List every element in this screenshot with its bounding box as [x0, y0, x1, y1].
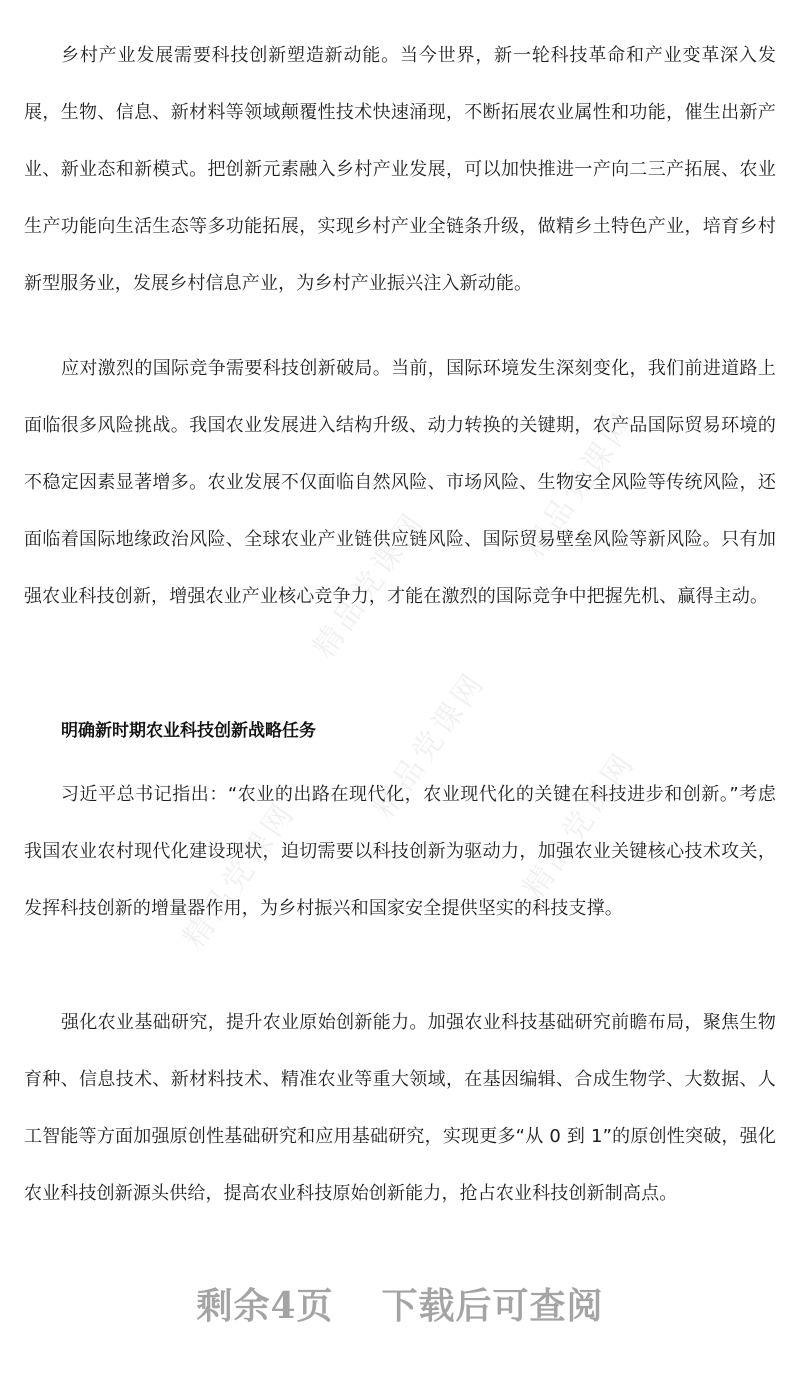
- paragraph-international-competition: 应对激烈的国际竞争需要科技创新破局。当前，国际环境发生深刻变化，我们前进道路上面…: [24, 340, 776, 625]
- paragraph-basic-research: 强化农业基础研究，提升农业原始创新能力。加强农业科技基础研究前瞻布局，聚焦生物育…: [24, 994, 776, 1222]
- remaining-pages-label: 剩余4页: [196, 1278, 333, 1329]
- download-to-view-label: 下载后可查阅: [382, 1278, 604, 1329]
- download-prompt-banner[interactable]: 剩余4页下载后可查阅: [0, 1278, 800, 1329]
- paragraph-xi-quote: 习近平总书记指出：“农业的出路在现代化，农业现代化的关键在科技进步和创新。”考虑…: [24, 766, 776, 937]
- section-heading: 明确新时期农业科技创新战略任务: [61, 719, 316, 743]
- paragraph-rural-industry: 乡村产业发展需要科技创新塑造新动能。当今世界，新一轮科技革命和产业变革深入发展，…: [24, 27, 776, 312]
